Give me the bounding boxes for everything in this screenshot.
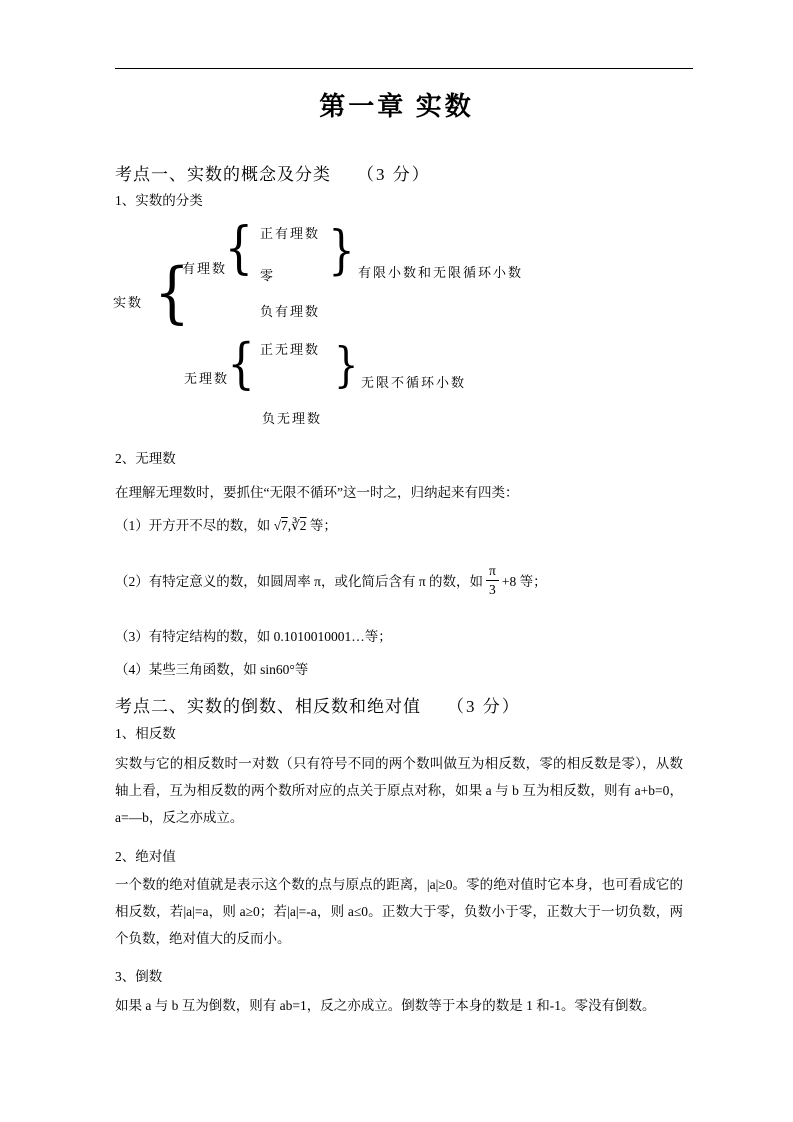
cube-radical-icon: ∛: [291, 518, 300, 533]
item1-pre: （1）开方开不尽的数，如: [115, 518, 274, 533]
section1-heading: 考点一、实数的概念及分类（3 分）: [115, 160, 431, 185]
header-rule: [115, 68, 693, 69]
section2-sub3-label: 3、倒数: [115, 963, 683, 990]
diagram-item-positive-irrational: 正无理数: [260, 339, 320, 358]
cbrt-expression: ∛2: [291, 518, 306, 533]
fraction-numerator: π: [486, 563, 499, 581]
section1-heading-text: 考点一、实数的概念及分类: [115, 165, 331, 184]
section2-sub2-label: 2、绝对值: [115, 843, 683, 870]
page-title: 第一章 实数: [0, 86, 793, 123]
sqrt-expression: √7: [274, 518, 288, 533]
sqrt-radicand: 7: [281, 518, 288, 533]
brace-right-icon: }: [334, 341, 358, 389]
irrational-example-4: （4）某些三角函数，如 sin60°等: [115, 656, 683, 683]
section2-heading-text: 考点二、实数的倒数、相反数和绝对值: [115, 697, 421, 716]
diagram-item-negative-irrational: 负无理数: [262, 408, 322, 427]
section1-points: （3 分）: [357, 165, 431, 184]
absolute-value-paragraph: 一个数的绝对值就是表示这个数的点与原点的距离，|a|≥0。零的绝对值时它本身，也…: [115, 871, 683, 952]
section1-sub2-label: 2、无理数: [115, 445, 683, 472]
irrational-example-3: （3）有特定结构的数，如 0.1010010001…等；: [115, 623, 683, 650]
radical-icon: √: [274, 518, 281, 533]
irrational-intro: 在理解无理数时，要抓住“无限不循环”这一时之，归纳起来有四类：: [115, 479, 683, 506]
diagram-irrational-note: 无限不循环小数: [361, 372, 466, 391]
brace-left-icon: {: [227, 337, 254, 391]
diagram-rational-note: 有限小数和无限循环小数: [358, 262, 523, 281]
diagram-root-label: 实数: [113, 292, 143, 311]
pi-over-3-fraction: π 3: [486, 563, 499, 597]
brace-right-icon: }: [328, 225, 354, 277]
opposite-number-paragraph: 实数与它的相反数时一对数（只有符号不同的两个数叫做互为相反数，零的相反数是零），…: [115, 750, 683, 831]
cbrt-radicand: 2: [300, 518, 307, 533]
section1-sub1-label: 1、实数的分类: [115, 187, 683, 214]
document-page: 第一章 实数 考点一、实数的概念及分类（3 分） 1、实数的分类 实数 { 有理…: [0, 0, 793, 1122]
section2-sub1-label: 1、相反数: [115, 720, 683, 747]
fraction-denominator: 3: [486, 581, 499, 598]
brace-left-icon: {: [225, 221, 254, 277]
diagram-item-positive-rational: 正有理数: [260, 223, 320, 242]
diagram-item-zero: 零: [260, 265, 275, 284]
diagram-item-negative-rational: 负有理数: [260, 301, 320, 320]
diagram-rational-label: 有理数: [182, 258, 227, 277]
irrational-example-1: （1）开方开不尽的数，如 √7,∛2 等；: [115, 514, 683, 538]
item2-post: +8 等；: [502, 571, 547, 593]
diagram-irrational-label: 无理数: [184, 368, 229, 387]
section2-heading: 考点二、实数的倒数、相反数和绝对值（3 分）: [115, 692, 521, 717]
item2-pre: （2）有特定意义的数，如圆周率 π，或化简后含有 π 的数，如: [115, 571, 483, 593]
section2-points: （3 分）: [447, 697, 521, 716]
irrational-example-2: （2）有特定意义的数，如圆周率 π，或化简后含有 π 的数，如 π 3 +8 等…: [115, 560, 683, 604]
item1-post: 等；: [307, 518, 337, 533]
real-number-classification-diagram: 实数 { 有理数 { 正有理数 零 } 有限小数和无限循环小数 负有理数 正无理…: [115, 220, 683, 430]
reciprocal-paragraph: 如果 a 与 b 互为倒数，则有 ab=1，反之亦成立。倒数等于本身的数是 1 …: [115, 992, 683, 1019]
